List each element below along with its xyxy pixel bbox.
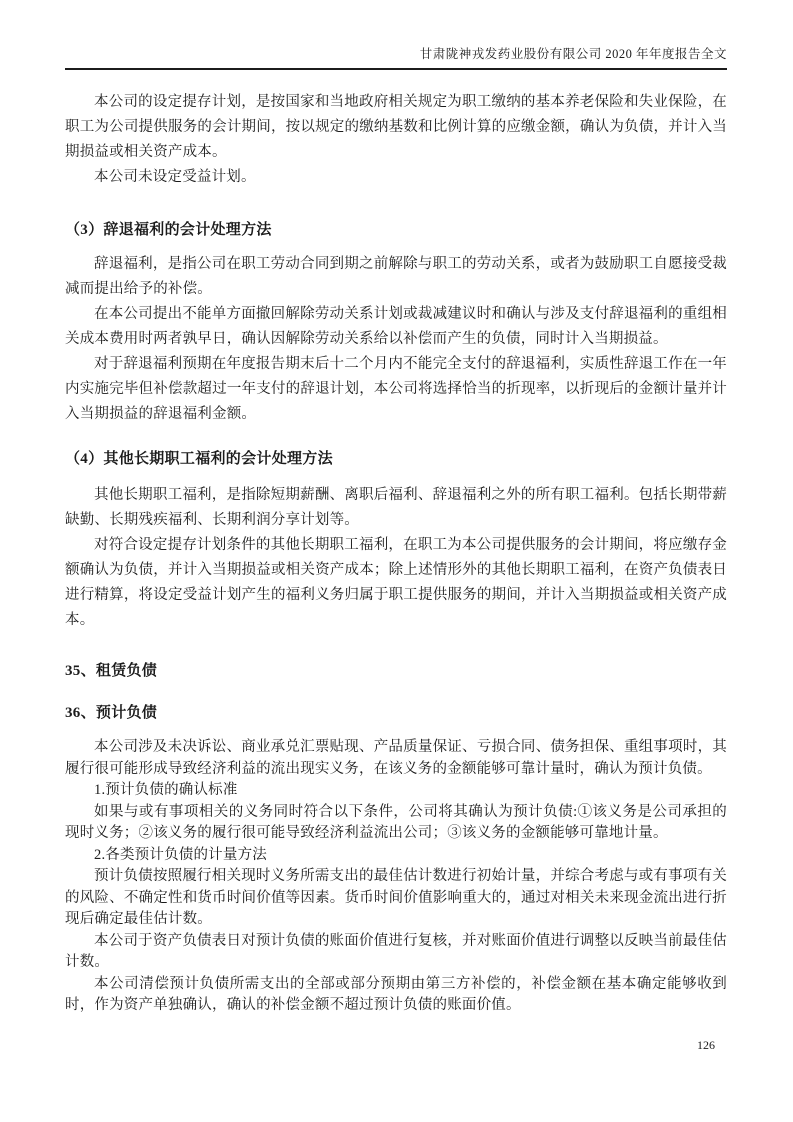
paragraph-recognition-conditions: 如果与或有事项相关的义务同时符合以下条件，公司将其确认为预计负债:①该义务是公司… (65, 802, 727, 845)
estimated-liabilities-body: 本公司涉及未决诉讼、商业承兑汇票贴现、产品质量保证、亏损合同、债务担保、重组事项… (65, 737, 727, 1017)
paragraph-other-benefits-accounting: 对符合设定提存计划条件的其他长期职工福利，在职工为本公司提供服务的会计期间，将应… (65, 533, 727, 633)
paragraph-third-party-compensation: 本公司清偿预计负债所需支出的全部或部分预期由第三方补偿的，补偿金额在基本确定能够… (65, 974, 727, 1017)
subitem-measurement-methods: 2.各类预计负债的计量方法 (65, 845, 727, 867)
paragraph-termination-recognition: 在本公司提出不能单方面撤回解除劳动关系计划或裁减建议时和确认与涉及支付辞退福利的… (65, 302, 727, 352)
paragraph-initial-measurement: 预计负债按照履行相关现时义务所需支出的最佳估计数进行初始计量，并综合考虑与或有事… (65, 866, 727, 931)
paragraph-balance-sheet-review: 本公司于资产负债表日对预计负债的账面价值进行复核，并对账面价值进行调整以反映当前… (65, 931, 727, 974)
paragraph-termination-discount: 对于辞退福利预期在年度报告期末后十二个月内不能完全支付的辞退福利，实质性辞退工作… (65, 352, 727, 427)
paragraph-termination-definition: 辞退福利，是指公司在职工劳动合同到期之前解除与职工的劳动关系，或者为鼓励职工自愿… (65, 252, 727, 302)
section-heading-termination-benefits: （3）辞退福利的会计处理方法 (65, 220, 727, 240)
section-heading-estimated-liabilities: 36、预计负债 (65, 703, 727, 723)
page-content: 本公司的设定提存计划，是按国家和当地政府相关规定为职工缴纳的基本养老保险和失业保… (65, 70, 727, 1017)
paragraph-defined-contribution: 本公司的设定提存计划，是按国家和当地政府相关规定为职工缴纳的基本养老保险和失业保… (65, 90, 727, 165)
paragraph-estimated-liabilities-scope: 本公司涉及未决诉讼、商业承兑汇票贴现、产品质量保证、亏损合同、债务担保、重组事项… (65, 737, 727, 780)
paragraph-no-defined-benefit: 本公司未设定受益计划。 (65, 165, 727, 190)
running-header: 甘肃陇神戎发药业股份有限公司 2020 年年度报告全文 (65, 0, 727, 70)
page-number: 126 (697, 1038, 715, 1053)
report-title: 甘肃陇神戎发药业股份有限公司 2020 年年度报告全文 (420, 47, 727, 61)
report-page: 甘肃陇神戎发药业股份有限公司 2020 年年度报告全文 本公司的设定提存计划，是… (0, 0, 793, 1122)
section-heading-other-longterm-benefits: （4）其他长期职工福利的会计处理方法 (65, 449, 727, 469)
subitem-recognition-criteria: 1.预计负债的确认标准 (65, 780, 727, 802)
section-heading-lease-liabilities: 35、租赁负债 (65, 661, 727, 681)
paragraph-other-benefits-definition: 其他长期职工福利，是指除短期薪酬、离职后福利、辞退福利之外的所有职工福利。包括长… (65, 483, 727, 533)
